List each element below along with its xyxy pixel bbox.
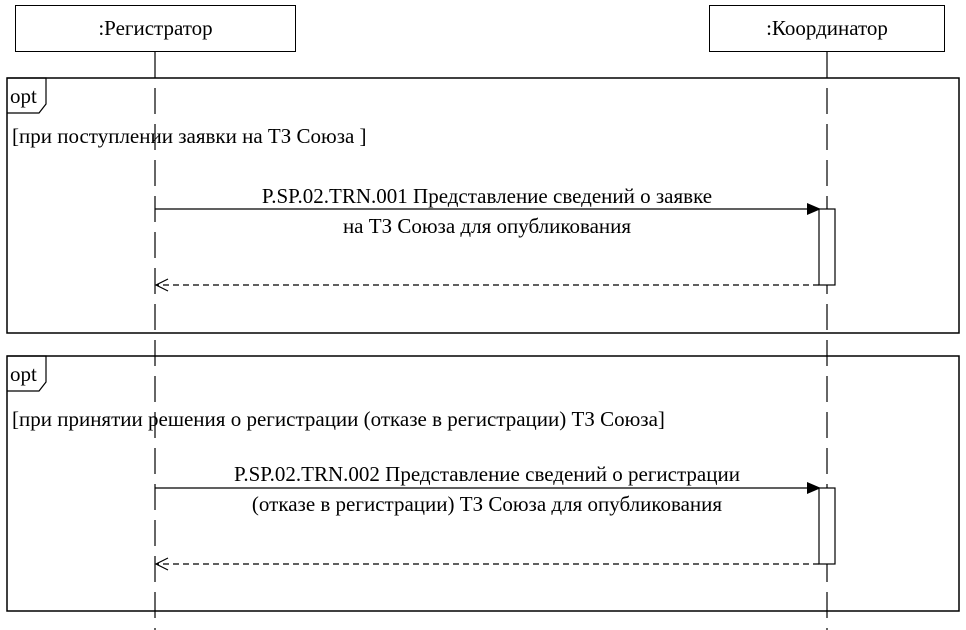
diagram-canvas [0, 0, 966, 630]
lifeline-head-registrator: :Регистратор [15, 5, 296, 52]
lifeline-head-coordinator: :Координатор [709, 5, 945, 52]
message-label-line1: P.SP.02.TRN.002 Представление сведений о… [155, 462, 819, 486]
guard-condition: [при принятии решения о регистрации (отк… [12, 407, 665, 431]
activation-bar-1 [819, 209, 835, 285]
message-label-line1: P.SP.02.TRN.001 Представление сведений о… [155, 184, 819, 208]
opt-operator-label: opt [10, 362, 37, 386]
lifeline-label: :Регистратор [98, 16, 212, 41]
lifeline-label: :Координатор [766, 16, 888, 41]
activation-bar-2 [819, 488, 835, 564]
message-label-line2: (отказе в регистрации) ТЗ Союза для опуб… [155, 492, 819, 516]
message-label-line2: на ТЗ Союза для опубликования [155, 214, 819, 238]
opt-operator-label: opt [10, 84, 37, 108]
guard-condition: [при поступлении заявки на ТЗ Союза ] [12, 124, 367, 148]
